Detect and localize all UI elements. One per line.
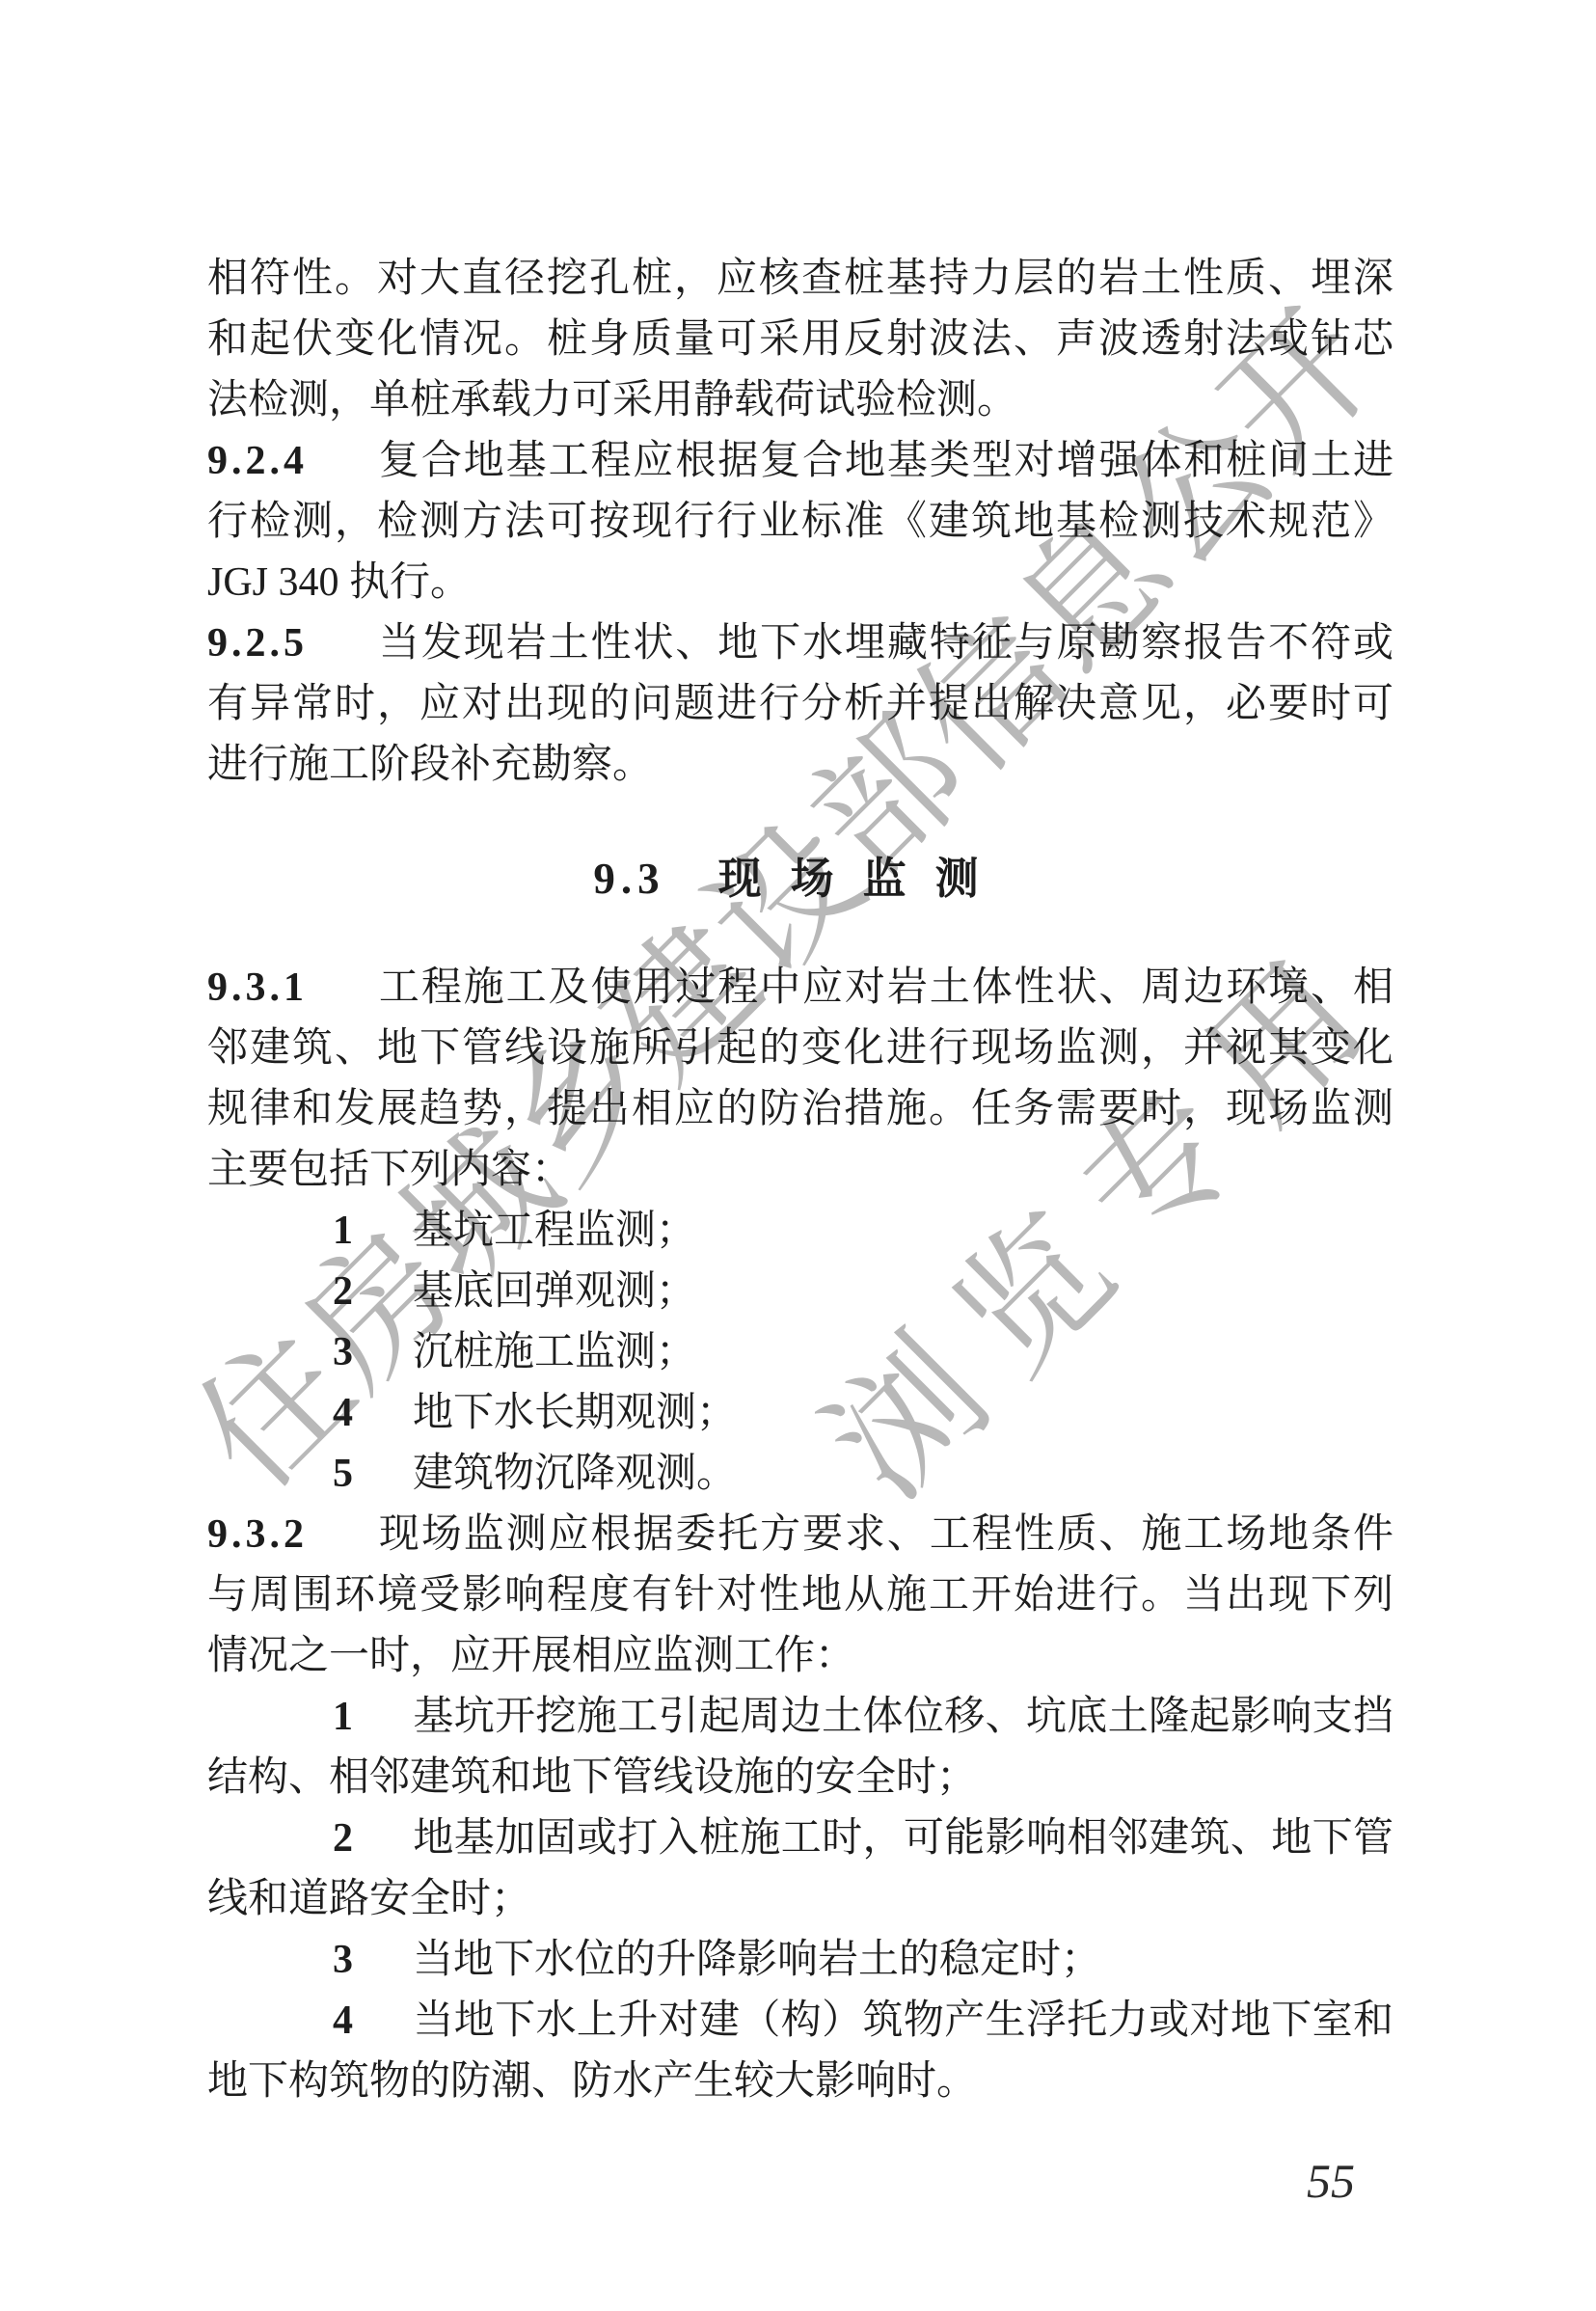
item-number: 2 [333, 1816, 353, 1861]
line-text: 有异常时，应对出现的问题进行分析并提出解决意见，必要时可 [207, 682, 1393, 726]
text-line: JGJ 340 执行。 [207, 553, 1393, 613]
clause-9-3-1: 9.3.1工程施工及使用过程中应对岩土体性状、周边环境、相 [207, 958, 1393, 1019]
item-text: 基底回弹观测； [413, 1269, 696, 1314]
clause-number: 9.3.2 [207, 1512, 308, 1557]
line-text: 邻建筑、地下管线设施所引起的变化进行现场监测，并视其变化 [207, 1026, 1393, 1071]
item-text: 沉桩施工监测； [413, 1330, 696, 1374]
clause-9-2-4: 9.2.4复合地基工程应根据复合地基类型对增强体和桩间土进 [207, 431, 1393, 492]
list-item: 3当地下水位的升降影响岩土的稳定时； [207, 1930, 1393, 1991]
item-number: 2 [333, 1269, 353, 1314]
item-text: 地下水长期观测； [413, 1391, 737, 1435]
clause-number: 9.2.4 [207, 439, 308, 483]
text-line: 相符性。对大直径挖孔桩，应核查桩基持力层的岩土性质、埋深 [207, 249, 1393, 310]
text-line: 地下构筑物的防潮、防水产生较大影响时。 [207, 2052, 1393, 2112]
text-line: 和起伏变化情况。桩身质量可采用反射波法、声波透射法或钻芯 [207, 310, 1393, 370]
item-text: 当地下水上升对建（构）筑物产生浮托力或对地下室和 [413, 1998, 1393, 2043]
clause-number: 9.2.5 [207, 621, 308, 666]
item-number: 4 [333, 1391, 353, 1435]
item-number: 5 [333, 1452, 353, 1496]
text-line: 邻建筑、地下管线设施所引起的变化进行现场监测，并视其变化 [207, 1019, 1393, 1079]
line-text: JGJ 340 执行。 [207, 560, 471, 605]
item-text: 基坑开挖施工引起周边土体位移、坑底土隆起影响支挡 [413, 1695, 1393, 1739]
text-line: 线和道路安全时； [207, 1869, 1393, 1930]
line-text: 线和道路安全时； [207, 1877, 531, 1921]
document-page: 住房城乡建设部信息公开 浏览专用 相符性。对大直径挖孔桩，应核查桩基持力层的岩土… [0, 0, 1596, 2311]
line-text: 现场监测应根据委托方要求、工程性质、施工场地条件 [377, 1512, 1393, 1557]
section-title: 现场监测 [718, 855, 1008, 903]
text-line: 结构、相邻建筑和地下管线设施的安全时； [207, 1748, 1393, 1808]
text-line: 主要包括下列内容： [207, 1140, 1393, 1201]
text-line: 规律和发展趋势，提出相应的防治措施。任务需要时，现场监测 [207, 1079, 1393, 1140]
line-text: 当发现岩土性状、地下水埋藏特征与原勘察报告不符或 [377, 621, 1393, 666]
list-item: 3沉桩施工监测； [207, 1322, 1393, 1383]
item-text: 当地下水位的升降影响岩土的稳定时； [413, 1938, 1101, 1982]
list-item: 4当地下水上升对建（构）筑物产生浮托力或对地下室和 [207, 1991, 1393, 2052]
text-line: 法检测，单桩承载力可采用静载荷试验检测。 [207, 370, 1393, 431]
line-text: 法检测，单桩承载力可采用静载荷试验检测。 [207, 378, 1017, 422]
list-item: 5建筑物沉降观测。 [207, 1444, 1393, 1505]
section-heading: 9.3现场监测 [207, 849, 1393, 910]
line-text: 复合地基工程应根据复合地基类型对增强体和桩间土进 [377, 439, 1393, 483]
page-content: 相符性。对大直径挖孔桩，应核查桩基持力层的岩土性质、埋深 和起伏变化情况。桩身质… [207, 249, 1393, 2112]
list-item: 2地基加固或打入桩施工时，可能影响相邻建筑、地下管 [207, 1808, 1393, 1869]
list-item: 2基底回弹观测； [207, 1262, 1393, 1322]
line-text: 规律和发展趋势，提出相应的防治措施。任务需要时，现场监测 [207, 1087, 1393, 1131]
item-text: 基坑工程监测； [413, 1209, 696, 1253]
section-number: 9.3 [593, 855, 664, 903]
page-number: 55 [1307, 2153, 1355, 2209]
list-item: 1基坑开挖施工引起周边土体位移、坑底土隆起影响支挡 [207, 1687, 1393, 1748]
item-text: 地基加固或打入桩施工时，可能影响相邻建筑、地下管 [413, 1816, 1393, 1861]
clause-9-2-5: 9.2.5当发现岩土性状、地下水埋藏特征与原勘察报告不符或 [207, 613, 1393, 674]
text-line: 行检测，检测方法可按现行行业标准《建筑地基检测技术规范》 [207, 492, 1393, 553]
item-number: 1 [333, 1695, 353, 1739]
line-text: 结构、相邻建筑和地下管线设施的安全时； [207, 1755, 977, 1800]
clause-9-3-2: 9.3.2现场监测应根据委托方要求、工程性质、施工场地条件 [207, 1505, 1393, 1565]
line-text: 情况之一时，应开展相应监测工作： [207, 1634, 855, 1678]
item-number: 4 [333, 1998, 353, 2043]
clause-number: 9.3.1 [207, 965, 308, 1010]
line-text: 相符性。对大直径挖孔桩，应核查桩基持力层的岩土性质、埋深 [207, 257, 1393, 301]
line-text: 地下构筑物的防潮、防水产生较大影响时。 [207, 2059, 977, 2104]
line-text: 进行施工阶段补充勘察。 [207, 743, 653, 787]
line-text: 工程施工及使用过程中应对岩土体性状、周边环境、相 [377, 965, 1393, 1010]
item-number: 3 [333, 1938, 353, 1982]
text-line: 进行施工阶段补充勘察。 [207, 735, 1393, 796]
item-text: 建筑物沉降观测。 [413, 1452, 737, 1496]
text-line: 与周围环境受影响程度有针对性地从施工开始进行。当出现下列 [207, 1565, 1393, 1626]
text-line: 情况之一时，应开展相应监测工作： [207, 1626, 1393, 1687]
text-line: 有异常时，应对出现的问题进行分析并提出解决意见，必要时可 [207, 674, 1393, 735]
list-item: 1基坑工程监测； [207, 1201, 1393, 1262]
item-number: 3 [333, 1330, 353, 1374]
line-text: 与周围环境受影响程度有针对性地从施工开始进行。当出现下列 [207, 1573, 1393, 1618]
line-text: 和起伏变化情况。桩身质量可采用反射波法、声波透射法或钻芯 [207, 317, 1393, 362]
list-item: 4地下水长期观测； [207, 1383, 1393, 1444]
item-number: 1 [333, 1209, 353, 1253]
line-text: 行检测，检测方法可按现行行业标准《建筑地基检测技术规范》 [207, 500, 1393, 544]
line-text: 主要包括下列内容： [207, 1148, 572, 1192]
